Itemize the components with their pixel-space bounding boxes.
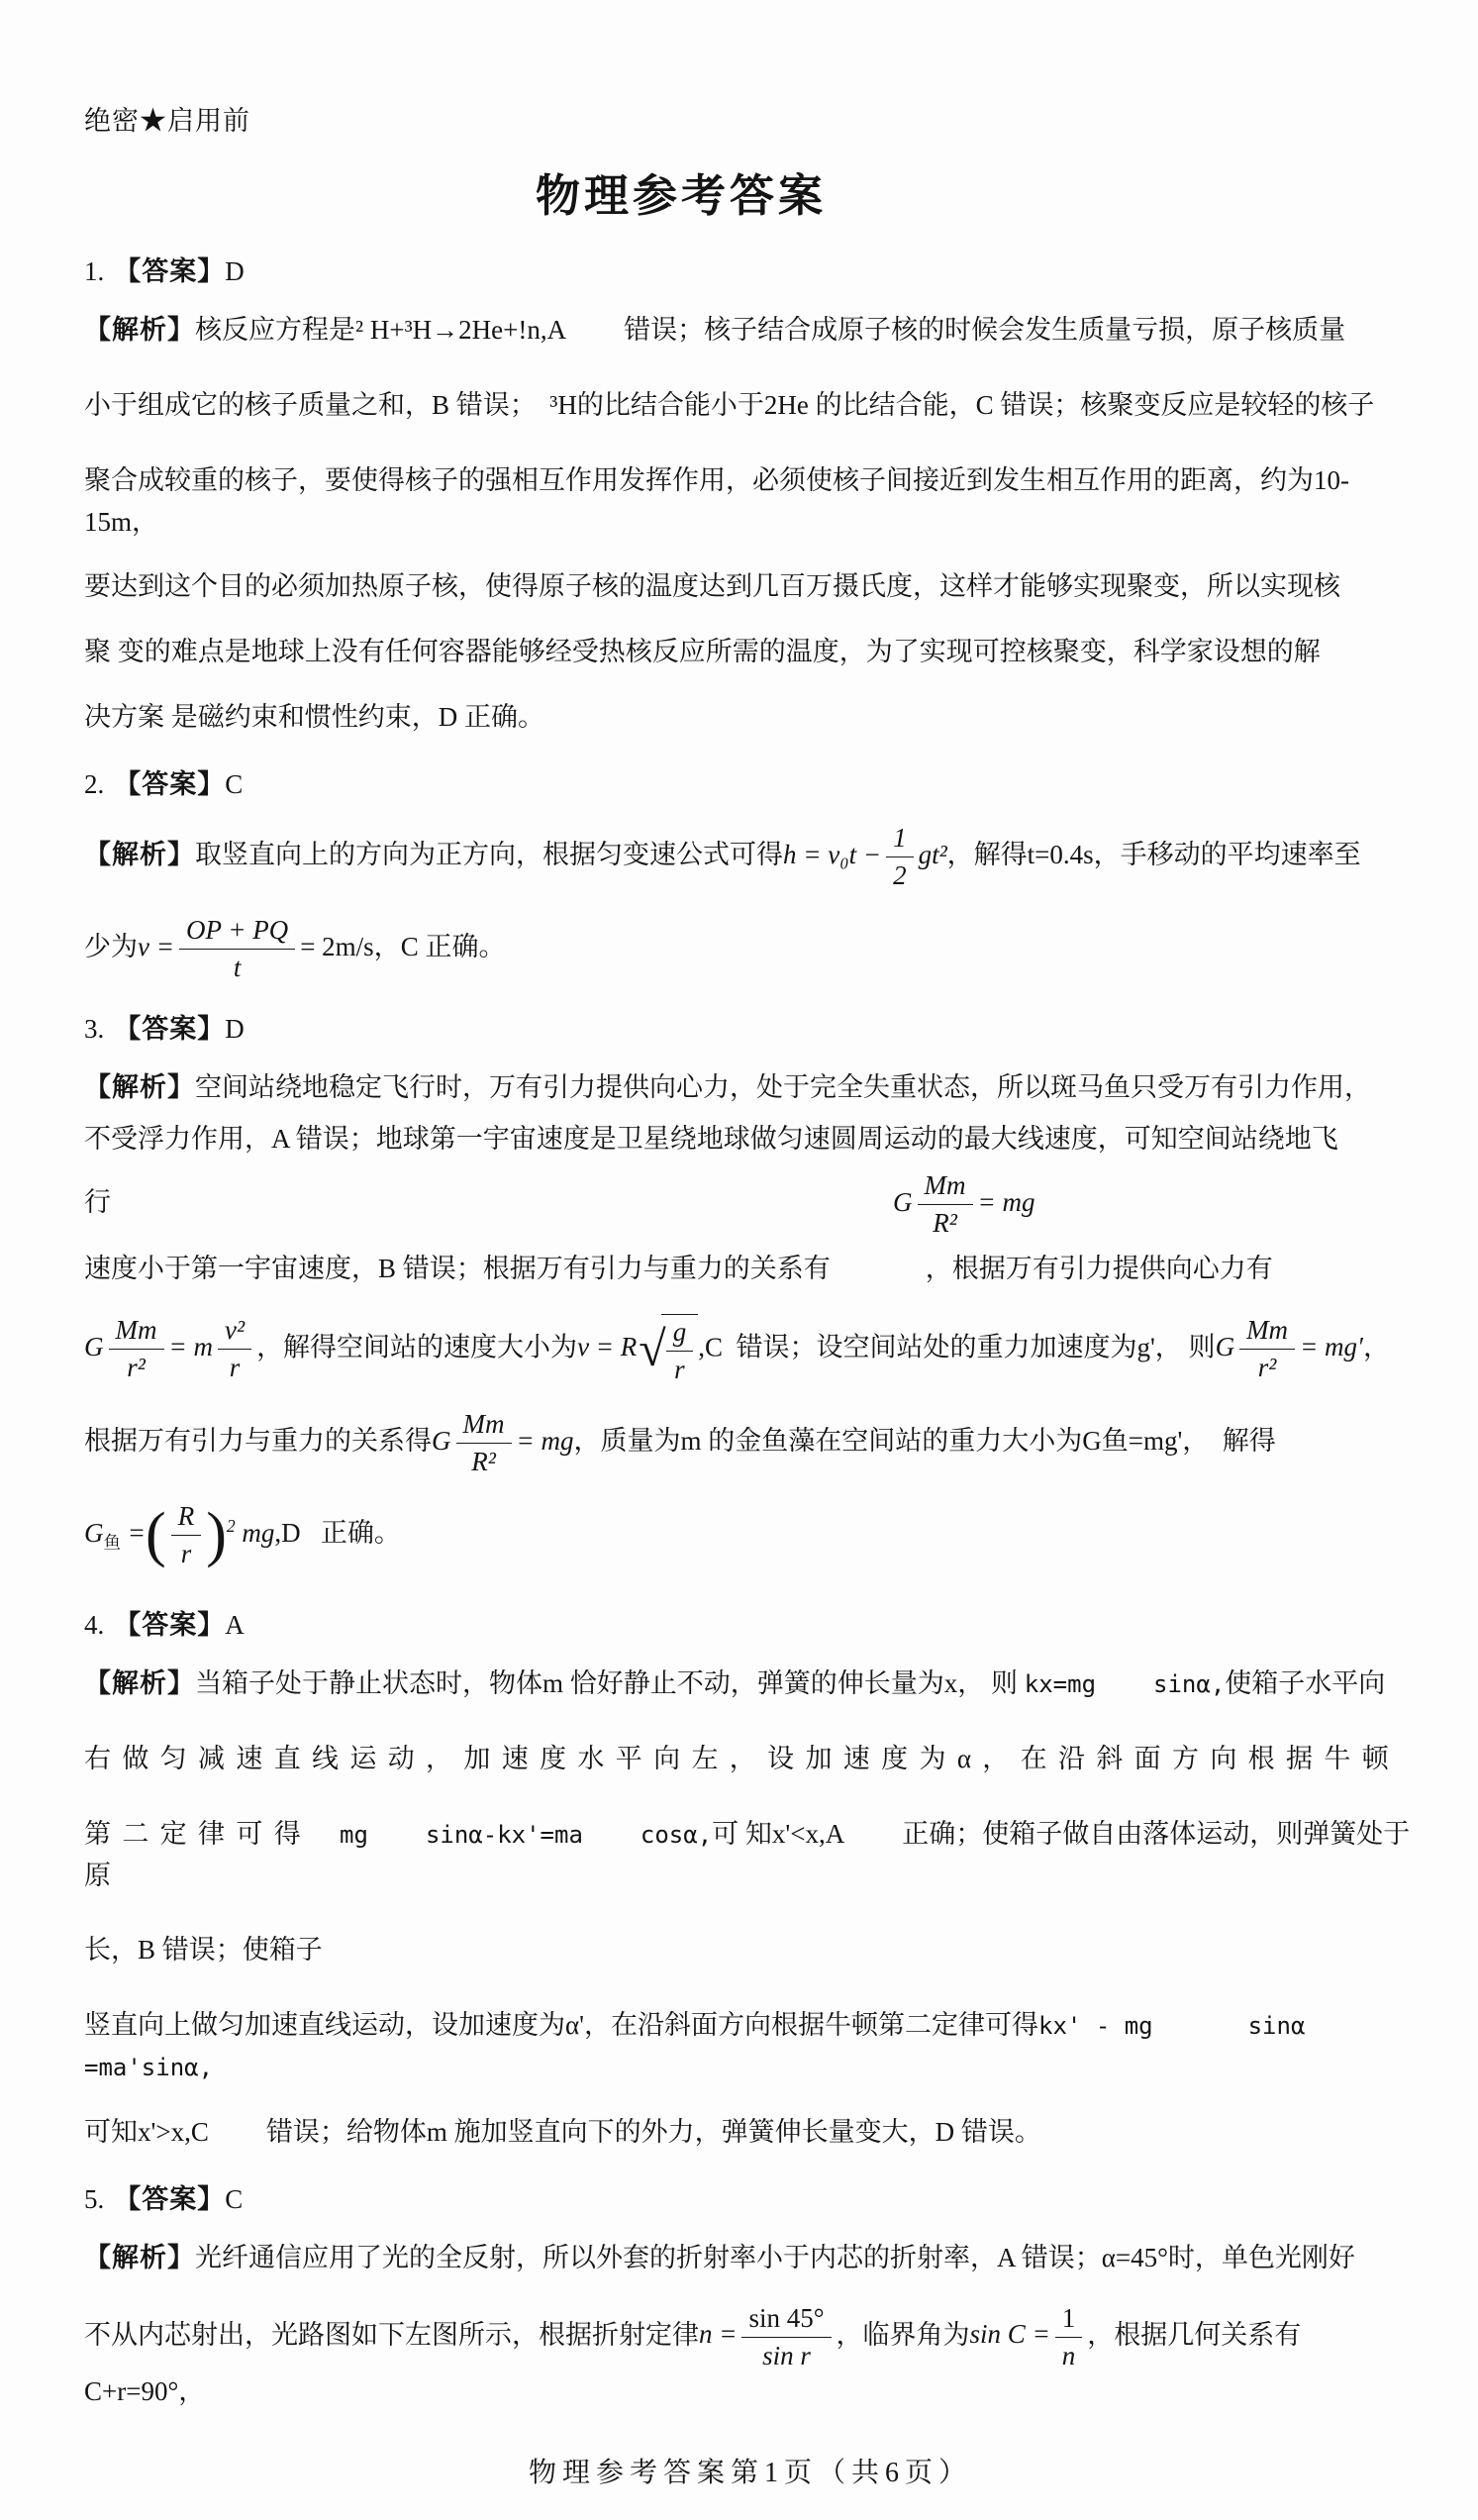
analysis-label: 【解析】 (84, 1668, 195, 1698)
q3-analysis-line-5: GMmr²= mv²r，解得空间站的速度大小为v = R√gr,C 错误；设空间… (84, 1314, 1417, 1385)
text: 行 (84, 1187, 111, 1217)
question-number: 4. (84, 1610, 104, 1640)
denominator: r² (109, 1350, 164, 1383)
kinematics-formula: h = v₀t −12gt² (783, 840, 947, 869)
numerator: OP + PQ (179, 915, 295, 950)
numerator: v² (218, 1315, 251, 1350)
text: 竖直向上做匀加速直线运动，设加速度为α'，在沿斜面方向根据牛顿第二定律可得 (84, 2010, 1038, 2040)
gravity-weight-formula: GMmR²= mg (893, 1187, 1035, 1217)
equals: = (128, 1518, 146, 1548)
q4-analysis-line-1: 【解析】当箱子处于静止状态时，物体m 恰好静止不动，弹簧的伸长量为x， 则 kx… (84, 1663, 1417, 1705)
formula-post: = mg′ (1300, 1332, 1363, 1361)
answer-value: A (225, 1610, 245, 1640)
question-2: 2.【答案】C 【解析】取竖直向上的方向为正方向，根据匀变速公式可得h = v₀… (84, 762, 1417, 983)
nuclear-equation: ² H+³H→2He+!n,A (355, 315, 566, 345)
text: 第二定律可得 (84, 1819, 312, 1849)
text: 错误；给物体m 施加竖直向下的外力，弹簧伸长量变大，D 错误。 (266, 2117, 1041, 2147)
critical-angle-formula: sin C =1n (970, 2319, 1088, 2349)
q1-answer-line: 1.【答案】D (84, 250, 1417, 288)
answer-label: 【答案】 (114, 256, 225, 286)
fraction: v²r (218, 1315, 251, 1383)
text: 使箱子水平向 (1225, 1668, 1385, 1698)
formula-post: = mg (517, 1426, 574, 1456)
text: C 正确。 (401, 932, 506, 961)
text: 错误；核子结合成原子核的时候会发生质量亏损，原子核质量 (624, 315, 1345, 345)
formula-pre: n = (699, 2319, 737, 2349)
station-gravity-formula: GMmr²= mg′ (1216, 1332, 1363, 1361)
denominator: r (218, 1350, 251, 1383)
q2-analysis-line-1: 【解析】取竖直向上的方向为正方向，根据匀变速公式可得h = v₀t −12gt²… (84, 823, 1417, 891)
fraction: Mmr² (1239, 1315, 1295, 1383)
formula-pre: G (1216, 1332, 1235, 1361)
formula-pre: h = v₀t − (783, 840, 881, 869)
surface-gravity-formula: GMmR²= mg (432, 1426, 573, 1456)
answer-value: C (225, 769, 243, 799)
fraction: MmR² (456, 1409, 512, 1477)
answer-value: C (225, 2184, 243, 2214)
numerator: Mm (918, 1170, 973, 1205)
sqrt-content: gr (661, 1314, 699, 1385)
q1-analysis-line-2: 小于组成它的核子质量之和，B 错误； ³H的比结合能小于2He 的比结合能，C … (84, 385, 1417, 427)
equation: kx' - mg (1038, 2012, 1153, 2040)
numerator: Mm (109, 1315, 164, 1350)
numerator: sin 45° (741, 2303, 831, 2338)
question-number: 3. (84, 1014, 104, 1044)
equation: mg (340, 1821, 368, 1849)
open-paren: ( (146, 1501, 166, 1568)
average-speed-formula: v =OP + PQt= 2m/s， (138, 932, 401, 961)
q4-analysis-line-4: 长，B 错误；使箱子 (84, 1930, 1417, 1971)
text: 当箱子处于静止状态时，物体m 恰好静止不动，弹簧的伸长量为x， 则 (195, 1668, 1025, 1698)
denominator: 2 (886, 857, 914, 891)
q3-analysis-line-1: 【解析】空间站绕地稳定飞行时，万有引力提供向心力，处于完全失重状态，所以斑马鱼只… (84, 1067, 1417, 1109)
q3-analysis-line-3: 行GMmR²= mg (84, 1170, 1417, 1239)
q3-analysis-line-7: G鱼 =(Rr)2 mg,D 正确。 (84, 1501, 1417, 1569)
text: 可知x'>x,C (84, 2117, 209, 2147)
answer-label: 【答案】 (114, 1014, 225, 1044)
document-page: 绝密★启用前 物理参考答案 1.【答案】D 【解析】核反应方程是² H+³H→2… (0, 0, 1478, 2520)
denominator: R² (918, 1205, 973, 1239)
answer-label: 【答案】 (114, 769, 225, 799)
text: ,D 正确。 (274, 1518, 401, 1548)
formula-post: = 2m/s， (300, 932, 401, 961)
text: ，根据万有引力提供向心力有 (926, 1254, 1273, 1283)
close-paren: ) (206, 1501, 227, 1568)
question-5: 5.【答案】C 【解析】光纤通信应用了光的全反射，所以外套的折射率小于内芯的折射… (84, 2177, 1417, 2413)
question-1: 1.【答案】D 【解析】核反应方程是² H+³H→2He+!n,A错误；核子结合… (84, 250, 1417, 739)
fraction: Rr (171, 1501, 202, 1569)
fraction: Mmr² (109, 1315, 164, 1383)
q2-analysis-line-2: 少为v =OP + PQt= 2m/s，C 正确。 (84, 915, 1417, 983)
denominator: r² (1239, 1350, 1295, 1383)
fraction: 12 (886, 823, 914, 891)
page-title: 物理参考答案 (84, 159, 1278, 224)
q4-answer-line: 4.【答案】A (84, 1603, 1417, 1642)
equation: cosα, (640, 1821, 712, 1849)
formula-mid: = m (169, 1332, 213, 1361)
classification-label: 绝密★启用前 (84, 99, 1417, 138)
formula-pre: sin C = (970, 2319, 1050, 2349)
fraction: OP + PQt (179, 915, 295, 983)
equation: kx=mg (1025, 1670, 1096, 1698)
analysis-label: 【解析】 (84, 2243, 195, 2272)
text: 空间站绕地稳定飞行时，万有引力提供向心力，处于完全失重状态，所以斑马鱼只受万有引… (195, 1072, 1371, 1102)
text: ，质量为m 的金鱼藻在空间站的重力大小为G鱼=mg'， 解得 (573, 1426, 1275, 1456)
numerator: Mm (456, 1409, 512, 1444)
answer-value: D (225, 256, 245, 286)
denominator: r (171, 1536, 202, 1569)
text: 不从内芯射出，光路图如下左图所示，根据折射定律 (84, 2319, 699, 2349)
q1-analysis-line-4: 要达到这个目的必须加热原子核，使得原子核的温度达到几百万摄氏度，这样才能够实现聚… (84, 566, 1417, 608)
question-3: 3.【答案】D 【解析】空间站绕地稳定飞行时，万有引力提供向心力，处于完全失重状… (84, 1007, 1417, 1569)
denominator: sin r (741, 2338, 831, 2371)
answer-label: 【答案】 (114, 2184, 225, 2214)
equation: sinα-kx'=ma (426, 1821, 583, 1849)
q3-answer-line: 3.【答案】D (84, 1007, 1417, 1046)
fraction: gr (666, 1317, 694, 1385)
q3-analysis-line-6: 根据万有引力与重力的关系得GMmR²= mg，质量为m 的金鱼藻在空间站的重力大… (84, 1409, 1417, 1477)
text: ，解得空间站的速度大小为 (256, 1332, 577, 1361)
fraction: 1n (1055, 2303, 1083, 2371)
text: ，临界角 (837, 2319, 943, 2349)
text: 光纤通信应用了光的全反射，所以外套的折射率小于内芯的折射率，A 错误；α=45°… (195, 2243, 1355, 2272)
q2-answer-line: 2.【答案】C (84, 762, 1417, 801)
fish-weight-formula: G鱼 =(Rr)2 mg (84, 1518, 274, 1548)
analysis-label: 【解析】 (84, 315, 195, 345)
orbital-speed-formula: v = R√gr (577, 1332, 698, 1361)
question-number: 1. (84, 256, 104, 286)
text: 取竖直向上的方向为正方向，根据匀变速公式可得 (195, 840, 783, 869)
analysis-label: 【解析】 (84, 840, 195, 869)
q1-analysis-line-5: 聚 变的难点是地球上没有任何容器能够经受热核反应所需的温度，为了实现可控核聚变，… (84, 632, 1417, 673)
formula-pre: v = (138, 932, 174, 961)
equation: sinα, (1153, 1670, 1225, 1698)
refraction-formula: n =sin 45°sin r (699, 2319, 837, 2349)
text: 可 知x'<x,A (712, 1819, 844, 1849)
analysis-label: 【解析】 (84, 1072, 195, 1102)
q3-analysis-line-2: 不受浮力作用，A 错误；地球第一宇宙速度是卫星绕地球做匀速圆周运动的最大线速度，… (84, 1119, 1417, 1160)
denominator: t (179, 950, 295, 983)
numerator: g (666, 1317, 694, 1352)
denominator: r (666, 1352, 694, 1385)
exponent: 2 (227, 1516, 236, 1536)
q1-analysis-line-3: 聚合成较重的核子，要使得核子的强相互作用发挥作用，必须使核子间接近到发生相互作用… (84, 460, 1417, 544)
answer-label: 【答案】 (114, 1610, 225, 1640)
numerator: 1 (1055, 2303, 1083, 2338)
text: 少为 (84, 932, 138, 961)
answer-value: D (225, 1014, 245, 1044)
subscript: 鱼 (104, 1532, 122, 1552)
question-number: 2. (84, 769, 104, 799)
text: 核反应方程是 (195, 315, 355, 345)
formula-pre: G (893, 1187, 913, 1217)
numerator: R (171, 1501, 202, 1536)
q5-analysis-line-1: 【解析】光纤通信应用了光的全反射，所以外套的折射率小于内芯的折射率，A 错误；α… (84, 2238, 1417, 2279)
formula-pre: G (84, 1332, 104, 1361)
fraction: sin 45°sin r (741, 2303, 831, 2371)
q4-analysis-line-6: 可知x'>x,C错误；给物体m 施加竖直向下的外力，弹簧伸长量变大，D 错误。 (84, 2112, 1417, 2154)
formula-post: mg (242, 1518, 274, 1548)
q1-analysis-line-1: 【解析】核反应方程是² H+³H→2He+!n,A错误；核子结合成原子核的时候会… (84, 310, 1417, 352)
q5-answer-line: 5.【答案】C (84, 2177, 1417, 2216)
q3-analysis-line-4: 速度小于第一宇宙速度，B 错误；根据万有引力与重力的关系有，根据万有引力提供向心… (84, 1249, 1417, 1290)
formula-pre: G (432, 1426, 451, 1456)
centripetal-formula: GMmr²= mv²r (84, 1332, 256, 1361)
text: ，解得t=0.4s，手移动的平均速率至 (947, 840, 1361, 869)
q4-analysis-line-2: 右做匀减速直线运动，加速度水平向左，设加速度为α，在沿斜面方向根据牛顿 (84, 1739, 1417, 1780)
q1-analysis-line-6: 决方案 是磁约束和惯性约束，D 正确。 (84, 697, 1417, 739)
text: ， (1363, 1332, 1390, 1361)
q5-analysis-line-2: 不从内芯射出，光路图如下左图所示，根据折射定律n =sin 45°sin r，临… (84, 2303, 1417, 2413)
formula-pre: G (84, 1518, 104, 1548)
question-number: 5. (84, 2184, 104, 2214)
formula-pre: v = R (577, 1332, 637, 1361)
denominator: R² (456, 1444, 512, 1477)
text: 根据万有引力与重力的关系得 (84, 1426, 432, 1456)
question-4: 4.【答案】A 【解析】当箱子处于静止状态时，物体m 恰好静止不动，弹簧的伸长量… (84, 1603, 1417, 2154)
text: 为 (943, 2319, 970, 2349)
formula-post: gt² (919, 840, 947, 869)
numerator: Mm (1239, 1315, 1295, 1350)
fraction: MmR² (918, 1170, 973, 1239)
q4-analysis-line-3: 第二定律可得mgsinα-kx'=macosα,可 知x'<x,A正确；使箱子做… (84, 1814, 1417, 1897)
q4-analysis-line-5: 竖直向上做匀加速直线运动，设加速度为α'，在沿斜面方向根据牛顿第二定律可得kx'… (84, 2005, 1417, 2088)
text: ,C 错误；设空间站处的重力加速度为g'， 则 (698, 1332, 1215, 1361)
denominator: n (1055, 2338, 1083, 2371)
text: 速度小于第一宇宙速度，B 错误；根据万有引力与重力的关系有 (84, 1254, 831, 1283)
formula-post: = mg (978, 1187, 1035, 1217)
page-footer: 物理参考答案第1页（共6页） (84, 2451, 1417, 2490)
numerator: 1 (886, 823, 914, 857)
